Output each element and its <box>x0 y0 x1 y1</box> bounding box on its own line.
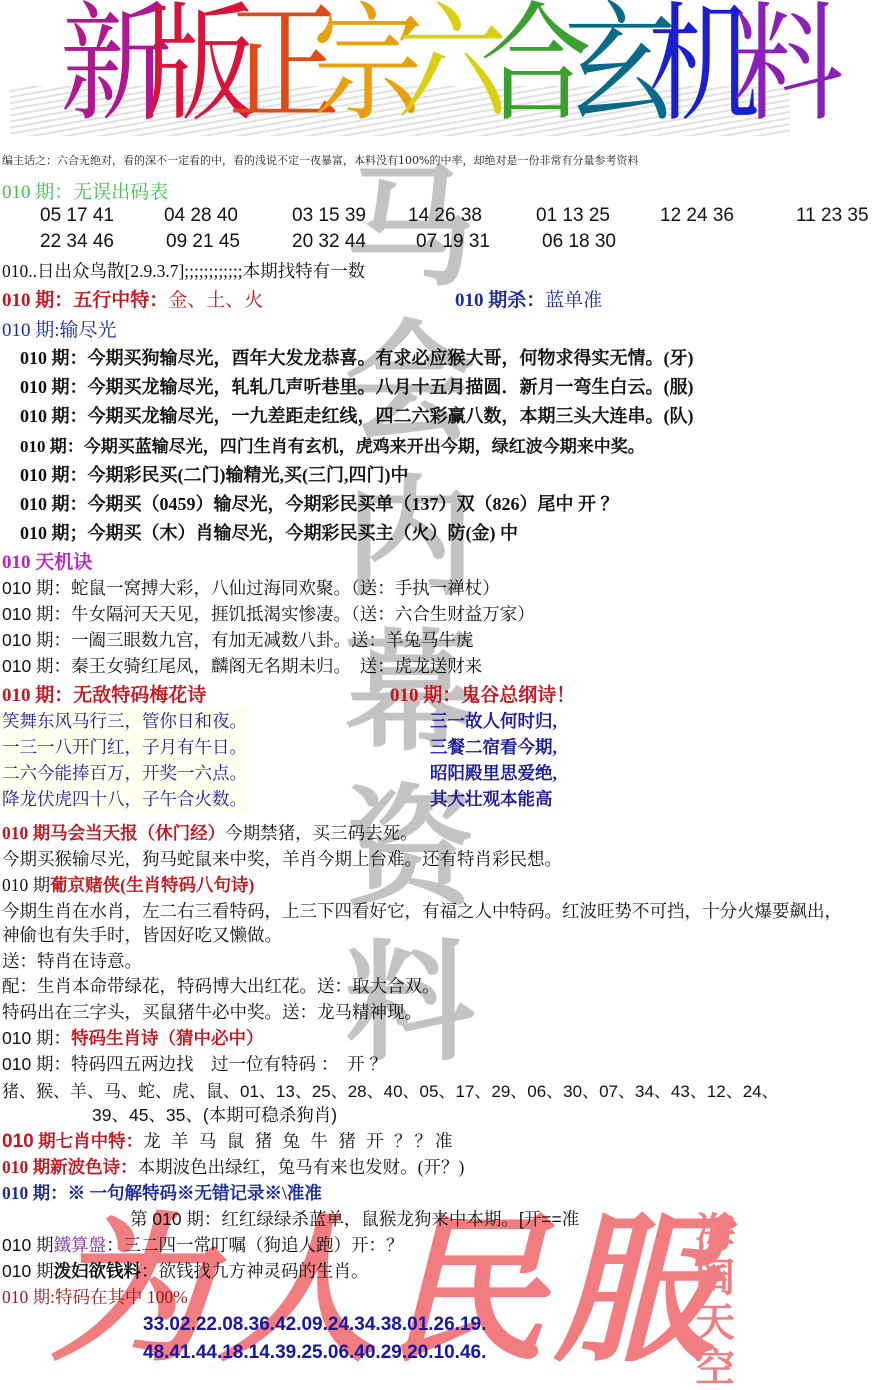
wuxing-line: 010 期：五行中特：金、土、火 <box>2 285 263 312</box>
pujing-header: 010 期葡京赌侠(生肖特码八句诗) <box>2 872 254 897</box>
final-header: 010 期:特码在其中 100% <box>2 1284 188 1309</box>
shujinguang-line: 010 期：今期买龙输尽光，一九差距走红线，四二六彩赢八数，本期三头大连串。(队… <box>20 402 694 428</box>
yiju-header: 010 期：※ 一句解特码※无错记录※\准准 <box>2 1180 322 1205</box>
section-header-tianji: 010 天机诀 <box>2 547 92 574</box>
tianji-line: 010 期：秦王女骑红尾凤，麟阁无名期未归。 送：虎龙送财来 <box>2 653 482 678</box>
number-group: 04 28 40 <box>164 205 238 227</box>
guigu-line: 昭阳殿里思爱绝, <box>430 760 557 785</box>
section-header-meihua: 010 期：无敌特码梅花诗 <box>2 680 206 707</box>
pofu-line: 010 期泼妇欲钱料：欲钱找九方神灵码的生肖。 <box>2 1258 369 1283</box>
sha-value: 蓝单准 <box>545 290 602 311</box>
tiesuan-prefix: 010 期 <box>2 1235 54 1255</box>
number-group: 22 34 46 <box>40 231 114 253</box>
number-group: 06 18 30 <box>542 231 616 253</box>
shengxiao-label: 特码生肖诗（猜中必中） <box>71 1028 264 1048</box>
tianji-line: 010 期：蛇鼠一窝搏大彩，八仙过海同欢聚。（送：手执一禅杖） <box>2 575 500 600</box>
meihua-line: 二六今能捧百万，开奖一六点。 <box>2 760 247 785</box>
pujing-label: 葡京赌侠(生肖特码八句诗) <box>50 875 254 895</box>
shujinguang-line: 010 期：今期买龙输尽光，轧轧几声听巷里。八月十五月描圆．新月一弯生白云。(服… <box>20 373 694 399</box>
meihua-line: 一三一八开门红，子月有午日。 <box>2 734 247 759</box>
wuxing-value: 金、土、火 <box>168 290 263 311</box>
tianji-line: 010 期：一阖三眼数九宫，有加无减数八卦。送：羊兔马牛虎 <box>2 627 474 652</box>
pofu-label: 泼妇欲钱料 <box>54 1261 142 1281</box>
bose-value: 本期波色出绿红，兔马有来也发财。(开？) <box>138 1157 465 1177</box>
number-group: 05 17 41 <box>40 205 114 227</box>
section-header-shujinguang: 010 期:输尽光 <box>2 315 117 342</box>
shujinguang-line: 010 期：今期买狗输尽光，酉年大发龙恭喜。有求必应猴大哥，何物求得实无情。(牙… <box>20 344 694 370</box>
pofu-text: ：欲钱找九方神灵码的生肖。 <box>141 1261 369 1281</box>
shujinguang-line: 010 期：今期买蓝输尽光，四门生肖有玄机，虎鸡来开出今期，绿红波今期来中奖。 <box>20 432 645 457</box>
pujing-line: 送：特肖在诗意。 <box>2 948 142 973</box>
section-header-wuwu: 010 期：无误出码表 <box>2 177 168 204</box>
guigu-line: 其大壮观本能高 <box>430 786 553 811</box>
tiesuan-line: 010 期鐵算盤：三二四一常叮嘱（狗追人跑）开：？ <box>2 1232 404 1257</box>
intro-text: 编主话之：六合无绝对，看的深不一定看的中，看的浅说不定一夜暴富，本料没有100%… <box>2 152 638 168</box>
riddle-line: 010..日出众鸟散[2.9.3.7];;;;;;;;;;;;本期找特有一数 <box>2 258 365 283</box>
pofu-prefix: 010 期 <box>2 1261 54 1281</box>
qixiao-label: 期七肖中特： <box>34 1131 143 1151</box>
shengxiao-list: 猪、猴、羊、马、蛇、虎、鼠、01、13、25、28、40、05、17、29、06… <box>2 1077 779 1102</box>
shengxiao-header: 010 期：特码生肖诗（猜中必中） <box>2 1025 264 1050</box>
pujing-line: 特码出在三字头，买鼠猪牛必中奖。送：龙马精神现。 <box>2 999 422 1024</box>
number-group: 14 26 38 <box>408 205 482 227</box>
number-group: 07 19 31 <box>416 231 490 253</box>
shengxiao-line: 010 期：特码四五两边找 过一位有特码 ： 开 ？ <box>2 1051 387 1076</box>
wuxing-label: 010 期：五行中特： <box>2 290 168 311</box>
number-group: 01 13 25 <box>536 205 610 227</box>
yiju-line: 第 010 期：红红绿绿杀蓝单，鼠猴龙狗来中本期。[开==准 <box>130 1206 579 1231</box>
shengxiao-list: 39、45、35、(本期可稳杀狗肖) <box>92 1102 337 1127</box>
tiesuan-label: 鐵算盤 <box>54 1235 107 1255</box>
content-layer: 编主话之：六合无绝对，看的深不一定看的中，看的浅说不定一夜暴富，本料没有100%… <box>0 0 879 1390</box>
mahui-text: 今期禁猪，买三码去死。 <box>225 823 418 843</box>
pujing-line: 今期生肖在水肖，左二右三看特码，上三下四看好它，有福之人中特码。红波旺势不可挡，… <box>2 898 842 923</box>
guigu-line: 三餐二宿看今期, <box>430 734 557 759</box>
final-numbers-row: 48.41.44.18.14.39.25.06.40.29.20.10.46. <box>143 1342 486 1364</box>
pujing-prefix: 010 期 <box>2 875 50 895</box>
sha-line: 010 期杀：蓝单准 <box>455 285 602 312</box>
shujinguang-line: 010 期；今期买（木）肖输尽光，今期彩民买主（火）防(金) 中 <box>20 519 518 545</box>
tiesuan-text: ：三二四一常叮嘱（狗追人跑）开：？ <box>106 1235 404 1255</box>
shujinguang-line: 010 期：今期彩民买(二门)输精光,买(三门,四门)中 <box>20 461 408 487</box>
qixiao-value: 龙 羊 马 鼠 猪 兔 牛 猪 开 ？？准 <box>143 1131 455 1151</box>
section-header-guigu: 010 期：鬼谷总纲诗！ <box>390 680 575 707</box>
qixiao-line: 010 期七肖中特：龙 羊 马 鼠 猪 兔 牛 猪 开 ？？准 <box>2 1128 455 1153</box>
bose-label: 010 期新波色诗： <box>2 1157 138 1177</box>
tianji-line: 010 期：牛女隔河天天见，捱饥抵渴实惨凄。（送：六合生财益万家） <box>2 601 535 626</box>
bose-line: 010 期新波色诗：本期波色出绿红，兔马有来也发财。(开？) <box>2 1154 464 1179</box>
number-group: 20 32 44 <box>292 231 366 253</box>
mahui-line2: 今期买猴输尽光，狗马蛇鼠来中奖，羊肖今期上台难。还有特肖彩民想。 <box>2 846 562 871</box>
qixiao-num: 010 <box>2 1131 34 1152</box>
number-group: 03 15 39 <box>292 205 366 227</box>
final-numbers-row: 33.02.22.08.36.42.09.24.34.38.01.26.19. <box>143 1314 486 1336</box>
guigu-line: 三一故人何时归, <box>430 708 557 733</box>
meihua-line: 笑舞东风马行三，管你日和夜。 <box>2 708 247 733</box>
number-group: 12 24 36 <box>660 205 734 227</box>
pujing-line: 配：生肖本命带绿花，特码博大出红花。送：取大合双。 <box>2 973 440 998</box>
shujinguang-line: 010 期：今期买（0459）输尽光，今期彩民买单（137）双（826）尾中 开… <box>20 490 619 516</box>
number-group: 11 23 35 <box>796 205 869 227</box>
meihua-line: 降龙伏虎四十八，子午合火数。 <box>2 786 247 811</box>
mahui-line: 010 期马会当天报（休门经）今期禁猪，买三码去死。 <box>2 820 418 845</box>
mahui-label: 010 期马会当天报（休门经） <box>2 823 225 843</box>
sha-label: 010 期杀： <box>455 290 545 311</box>
number-group: 09 21 45 <box>166 231 240 253</box>
pujing-line: 神偷也有失手时，皆因好吃又懒做。 <box>2 922 282 947</box>
shengxiao-prefix: 010 期： <box>2 1028 71 1048</box>
